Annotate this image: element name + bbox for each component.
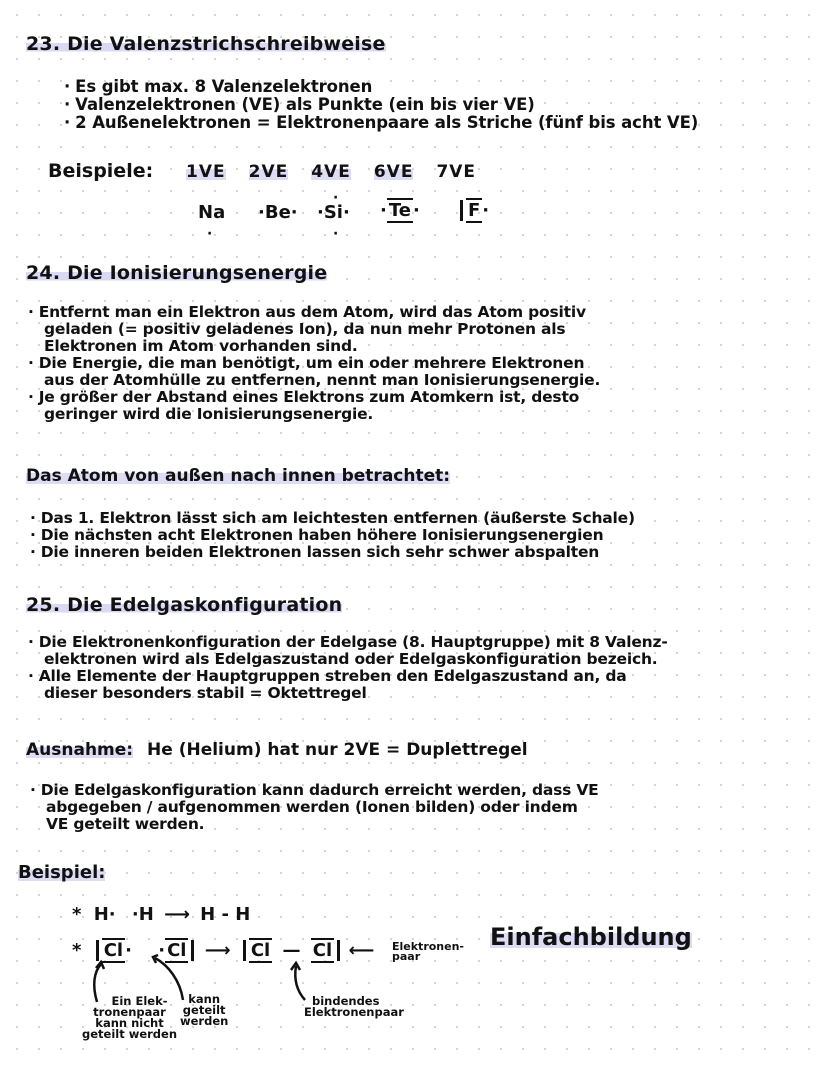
annotation-bonding-pair: bindendes Elektronenpaar <box>304 996 404 1018</box>
annotation-can-share: kann geteilt werden <box>180 994 228 1027</box>
side-note-text: Einfachbildung <box>490 923 692 951</box>
side-note: Einfachbildung <box>490 923 692 951</box>
annotation-lone-pair: Ein Elek- tronenpaar kann nicht geteilt … <box>82 996 177 1040</box>
annotation-arrows <box>0 0 828 1069</box>
annotation-line: Elektronenpaar <box>304 1007 404 1018</box>
annotation-line: geteilt werden <box>82 1029 177 1040</box>
annotation-line: werden <box>180 1016 228 1027</box>
